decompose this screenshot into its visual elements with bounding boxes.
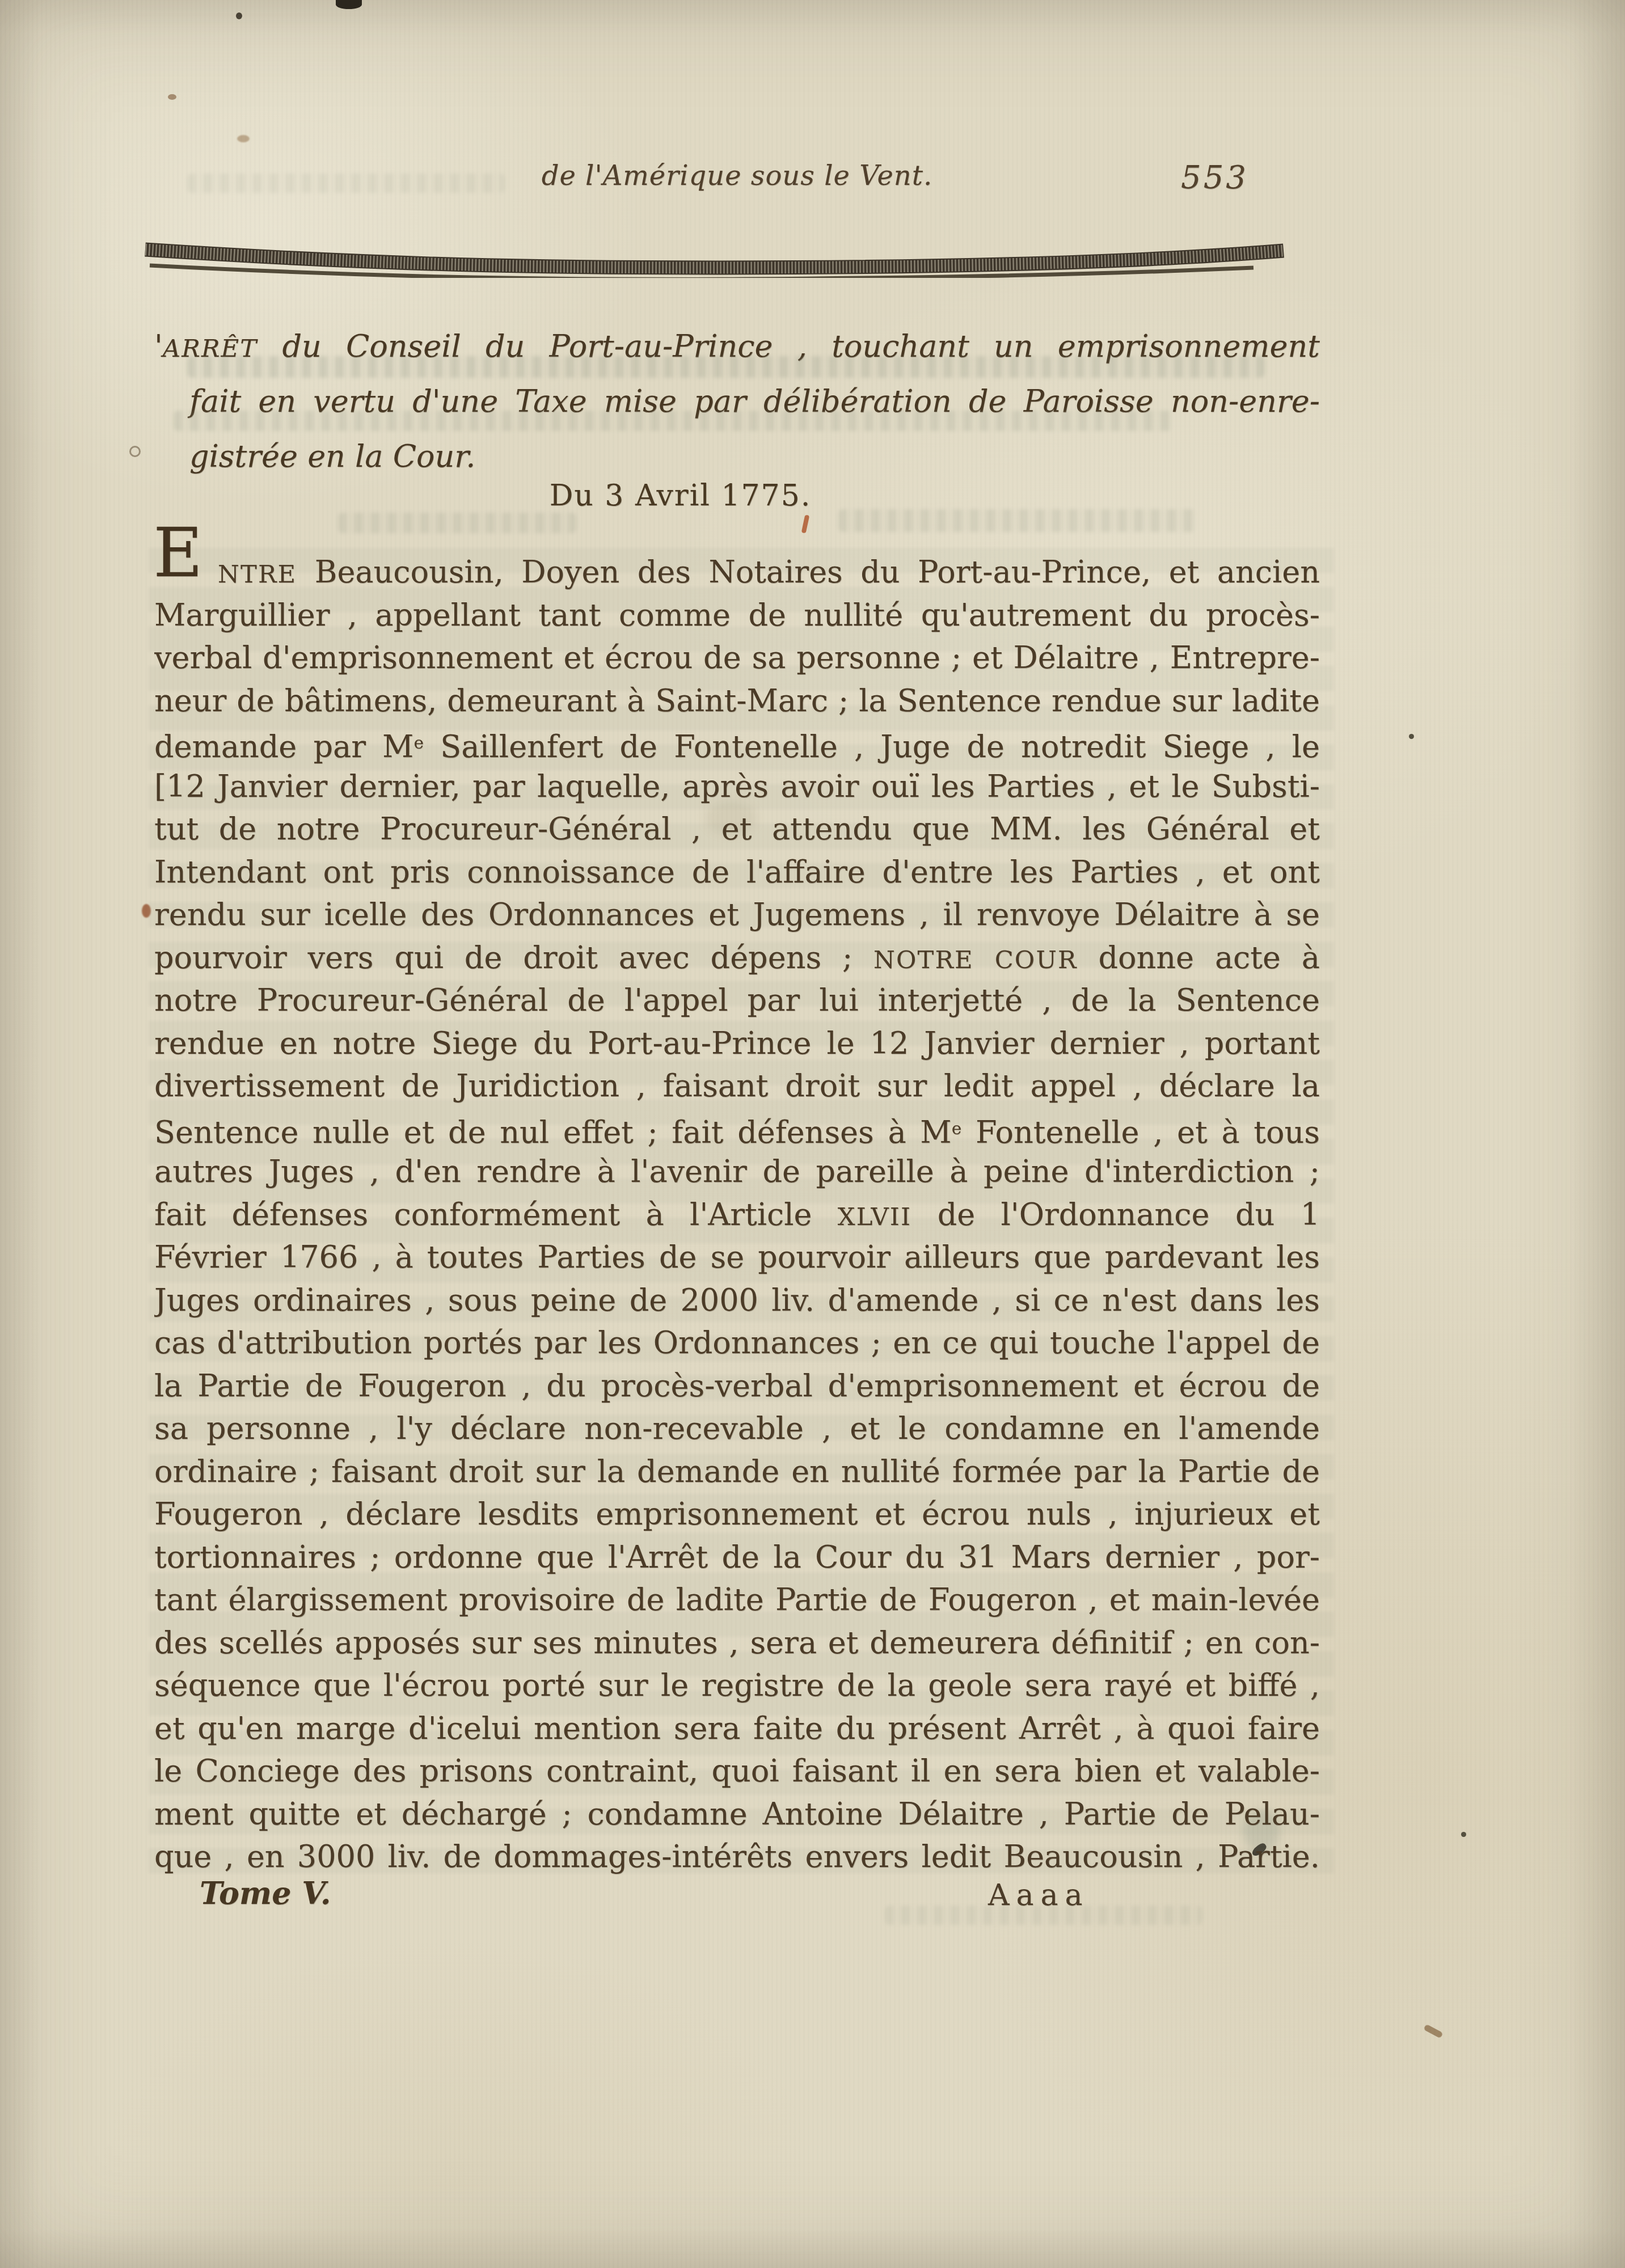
text-line: fait défenses conformément à l'Article X… — [154, 1193, 1320, 1236]
text-line: Sentence nulle et de nul effet ; fait dé… — [154, 1108, 1320, 1151]
small-caps-run: COUR — [995, 946, 1078, 974]
text-line: le Conciege des prisons contraint, quoi … — [154, 1750, 1320, 1793]
text-line: la Partie de Fougeron , du procès-verbal… — [154, 1365, 1320, 1408]
text-line: et qu'en marge d'icelui mention sera fai… — [154, 1707, 1320, 1750]
text-line: rendu sur icelle des Ordonnances et Juge… — [154, 893, 1320, 936]
text-line: ordinaire ; faisant droit sur la demande… — [154, 1450, 1320, 1493]
superscript-e: e — [952, 1119, 962, 1139]
page-number: 553 — [1181, 161, 1248, 195]
heading-line: fait en vertu d'une Taxe mise par délibé… — [154, 374, 1320, 429]
text-line: notre Procureur-Général de l'appel par l… — [154, 979, 1320, 1022]
small-caps-run: NOTRE — [873, 946, 974, 974]
text-line: Février 1766 , à toutes Parties de se po… — [154, 1236, 1320, 1279]
text-line: cas d'attribution portés par les Ordonna… — [154, 1321, 1320, 1365]
text-line: NTRE Beaucousin, Doyen des Notaires du P… — [154, 551, 1320, 594]
superscript-e: e — [413, 733, 424, 753]
text-line: demande par Me Saillenfert de Fontenelle… — [154, 722, 1320, 765]
paper-speck — [142, 904, 151, 918]
paper-speck — [236, 12, 242, 19]
text-line: tut de notre Procureur-Général , et atte… — [154, 808, 1320, 851]
decree-heading: 'ARRÊT du Conseil du Port-au-Prince , to… — [154, 319, 1320, 484]
ink-bleed-through — [338, 513, 576, 533]
paper-speck — [1461, 1832, 1466, 1837]
text-line: tant élargissement provisoire de ladite … — [154, 1578, 1320, 1621]
paper-speck — [1423, 2024, 1443, 2039]
scanned-book-page: de l'Amérique sous le Vent. 553 'ARRÊT d… — [0, 0, 1625, 2268]
text-line: neur de bâtimens, demeurant à Saint-Marc… — [154, 679, 1320, 723]
paper-speck — [801, 515, 809, 534]
heading-line: gistrée en la Cour. — [154, 429, 1320, 484]
text-line: [12 Janvier dernier, par laquelle, après… — [154, 765, 1320, 808]
text-line: que , en 3000 liv. de dommages-intérêts … — [154, 1835, 1320, 1878]
text-line: sa personne , l'y déclare non-recevable … — [154, 1407, 1320, 1450]
small-caps-run: NTRE — [218, 560, 297, 589]
text-line: Fougeron , déclare lesdits emprisonnemen… — [154, 1493, 1320, 1536]
paper-speck — [168, 94, 176, 100]
text-line: pourvoir vers qui de droit avec dépens ;… — [154, 936, 1320, 979]
paper-speck — [1409, 734, 1414, 739]
drop-cap-initial: E — [153, 520, 203, 588]
gathering-signature: Aaaa — [988, 1878, 1090, 1912]
ornamental-rule — [143, 240, 1286, 278]
running-title: de l'Amérique sous le Vent. — [154, 158, 1320, 194]
heading-line: 'ARRÊT du Conseil du Port-au-Prince , to… — [154, 319, 1320, 374]
text-line: ment quitte et déchargé ; condamne Antoi… — [154, 1793, 1320, 1836]
paper-speck — [237, 135, 250, 142]
paper-speck — [336, 0, 362, 9]
text-line: Juges ordinaires , sous peine de 2000 li… — [154, 1279, 1320, 1322]
text-line: séquence que l'écrou porté sur le regist… — [154, 1664, 1320, 1707]
volume-label: Tome V. — [200, 1875, 331, 1911]
double-rule-svg — [143, 240, 1286, 278]
text-line: autres Juges , d'en rendre à l'avenir de… — [154, 1150, 1320, 1193]
text-line: des scellés apposés sur ses minutes , se… — [154, 1621, 1320, 1665]
text-line: Marguillier , appellant tant comme de nu… — [154, 594, 1320, 637]
decree-body: NTRE Beaucousin, Doyen des Notaires du P… — [154, 551, 1320, 1878]
text-line: divertissement de Juridiction , faisant … — [154, 1065, 1320, 1108]
small-caps-run: ARRÊT — [163, 335, 258, 363]
text-line: tortionnaires ; ordonne que l'Arrêt de l… — [154, 1536, 1320, 1579]
paper-speck — [129, 446, 141, 457]
decree-date: Du 3 Avril 1775. — [98, 478, 1263, 513]
small-caps-run: XLVII — [838, 1203, 911, 1231]
text-line: Intendant ont pris connoissance de l'aff… — [154, 851, 1320, 894]
text-line: verbal d'emprisonnement et écrou de sa p… — [154, 636, 1320, 679]
text-line: rendue en notre Siege du Port-au-Prince … — [154, 1022, 1320, 1065]
